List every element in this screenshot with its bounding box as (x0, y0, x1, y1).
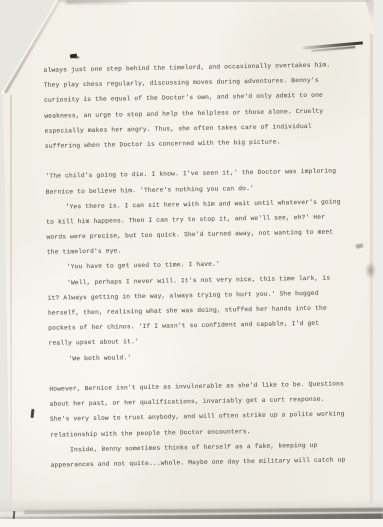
scan-artifact-top (66, 0, 128, 4)
page-left-edge (10, 95, 12, 505)
scanner-bed (0, 519, 383, 527)
paragraph-3: However, Bernice isn't quite as invulner… (49, 376, 356, 473)
paragraph-1: always just one step behind the timelord… (43, 57, 350, 154)
scanner-strip-right (374, 0, 383, 505)
paragraph-2-dialogue: 'The child's going to die. I know. I've … (45, 163, 354, 366)
smudge-mark (365, 262, 376, 279)
typewritten-text: always just one step behind the timelord… (43, 57, 355, 473)
